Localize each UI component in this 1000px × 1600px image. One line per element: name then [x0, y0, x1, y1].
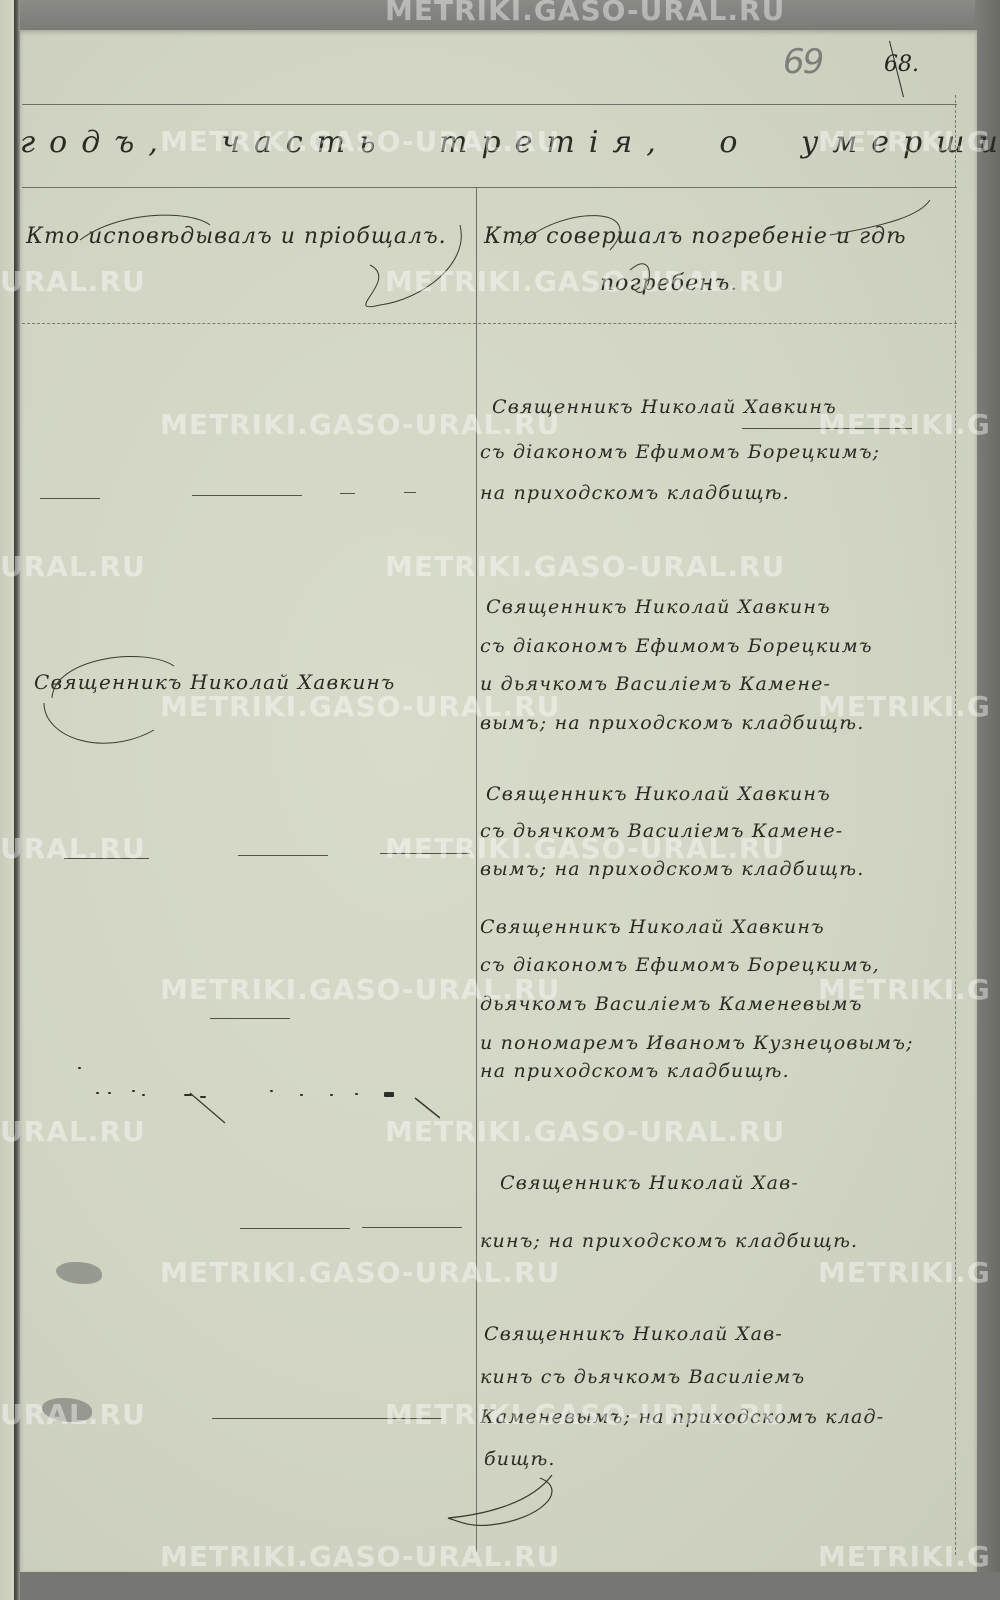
burial-entry-4-line-2: съ діакономъ Ефимомъ Борецкимъ, — [480, 956, 880, 975]
ink-dot — [108, 1092, 111, 1094]
page-title-line: годъ, часть третія, о умершихъ. — [20, 128, 1000, 158]
ditto-dash — [404, 492, 416, 493]
burial-entry-2-line-2: съ діакономъ Ефимомъ Борецкимъ — [480, 637, 873, 656]
burial-entry-3-line-1: Священникъ Николай Хавкинъ — [486, 785, 831, 804]
ink-dot — [142, 1094, 145, 1096]
burial-entry-6-line-3: Каменевымъ; на приходскомъ клад- — [480, 1408, 884, 1427]
ditto-strokes — [180, 1088, 440, 1128]
book-binding-gutter — [14, 0, 20, 1600]
burial-entry-1-line-1: Священникъ Николай Хавкинъ — [492, 398, 837, 417]
ink-dot — [132, 1090, 135, 1092]
ditto-dash — [64, 858, 149, 859]
header-flourish-left — [40, 205, 480, 315]
burial-entry-4-line-4: и пономаремъ Иваномъ Кузнецовымъ; — [480, 1034, 914, 1053]
folio-number-pencil: 69 — [783, 42, 822, 82]
entry-separator — [742, 428, 912, 429]
top-rule — [22, 104, 957, 105]
scan-background-right — [975, 0, 1000, 1600]
scan-background-bottom — [0, 1572, 1000, 1600]
burial-entry-5-line-1: Священникъ Николай Хав- — [500, 1174, 799, 1193]
ditto-dash — [192, 495, 302, 496]
column-divider — [476, 187, 477, 1552]
burial-entry-6-line-1: Священникъ Николай Хав- — [484, 1325, 783, 1344]
burial-entry-2-line-1: Священникъ Николай Хавкинъ — [486, 598, 831, 617]
ink-dot — [78, 1067, 81, 1069]
burial-entry-4-line-3: дьячкомъ Василіемъ Каменевымъ — [480, 995, 863, 1014]
folio-number-old: 68. — [884, 52, 919, 77]
header-rule — [22, 187, 957, 188]
closing-flourish — [440, 1470, 580, 1540]
ditto-dash — [380, 853, 470, 854]
ink-dot — [96, 1092, 99, 1094]
burial-entry-1-line-2: съ діакономъ Ефимомъ Борецкимъ; — [480, 443, 880, 462]
burial-entry-5-line-2: кинъ; на приходскомъ кладбищѣ. — [480, 1232, 858, 1251]
burial-entry-6-line-4: бищѣ. — [484, 1450, 556, 1469]
burial-entry-3-line-3: вымъ; на приходскомъ кладбищѣ. — [480, 860, 864, 879]
ditto-dash — [340, 493, 355, 494]
ditto-dash — [212, 1418, 442, 1419]
burial-entry-1-line-3: на приходскомъ кладбищѣ. — [480, 484, 790, 503]
confessor-flourish — [24, 648, 224, 748]
burial-entry-4-line-5: на приходскомъ кладбищѣ. — [480, 1062, 790, 1081]
burial-entry-4-line-1: Священникъ Николай Хавкинъ — [480, 918, 825, 937]
ditto-dash — [362, 1227, 462, 1228]
burial-entry-6-line-2: кинъ съ дьячкомъ Василіемъ — [480, 1368, 805, 1387]
burial-entry-2-line-4: вымъ; на приходскомъ кладбищѣ. — [480, 714, 864, 733]
burial-entry-2-line-3: и дьячкомъ Василіемъ Камене- — [480, 675, 831, 694]
column-header-bottom-rule — [22, 323, 957, 324]
header-flourish-right — [500, 195, 960, 305]
ditto-dash — [210, 1018, 290, 1019]
right-border — [955, 95, 956, 1555]
ditto-dash — [238, 855, 328, 856]
burial-entry-3-line-2: съ дьячкомъ Василіемъ Камене- — [480, 822, 843, 841]
ditto-dash — [40, 498, 100, 499]
ditto-dash — [240, 1228, 350, 1229]
